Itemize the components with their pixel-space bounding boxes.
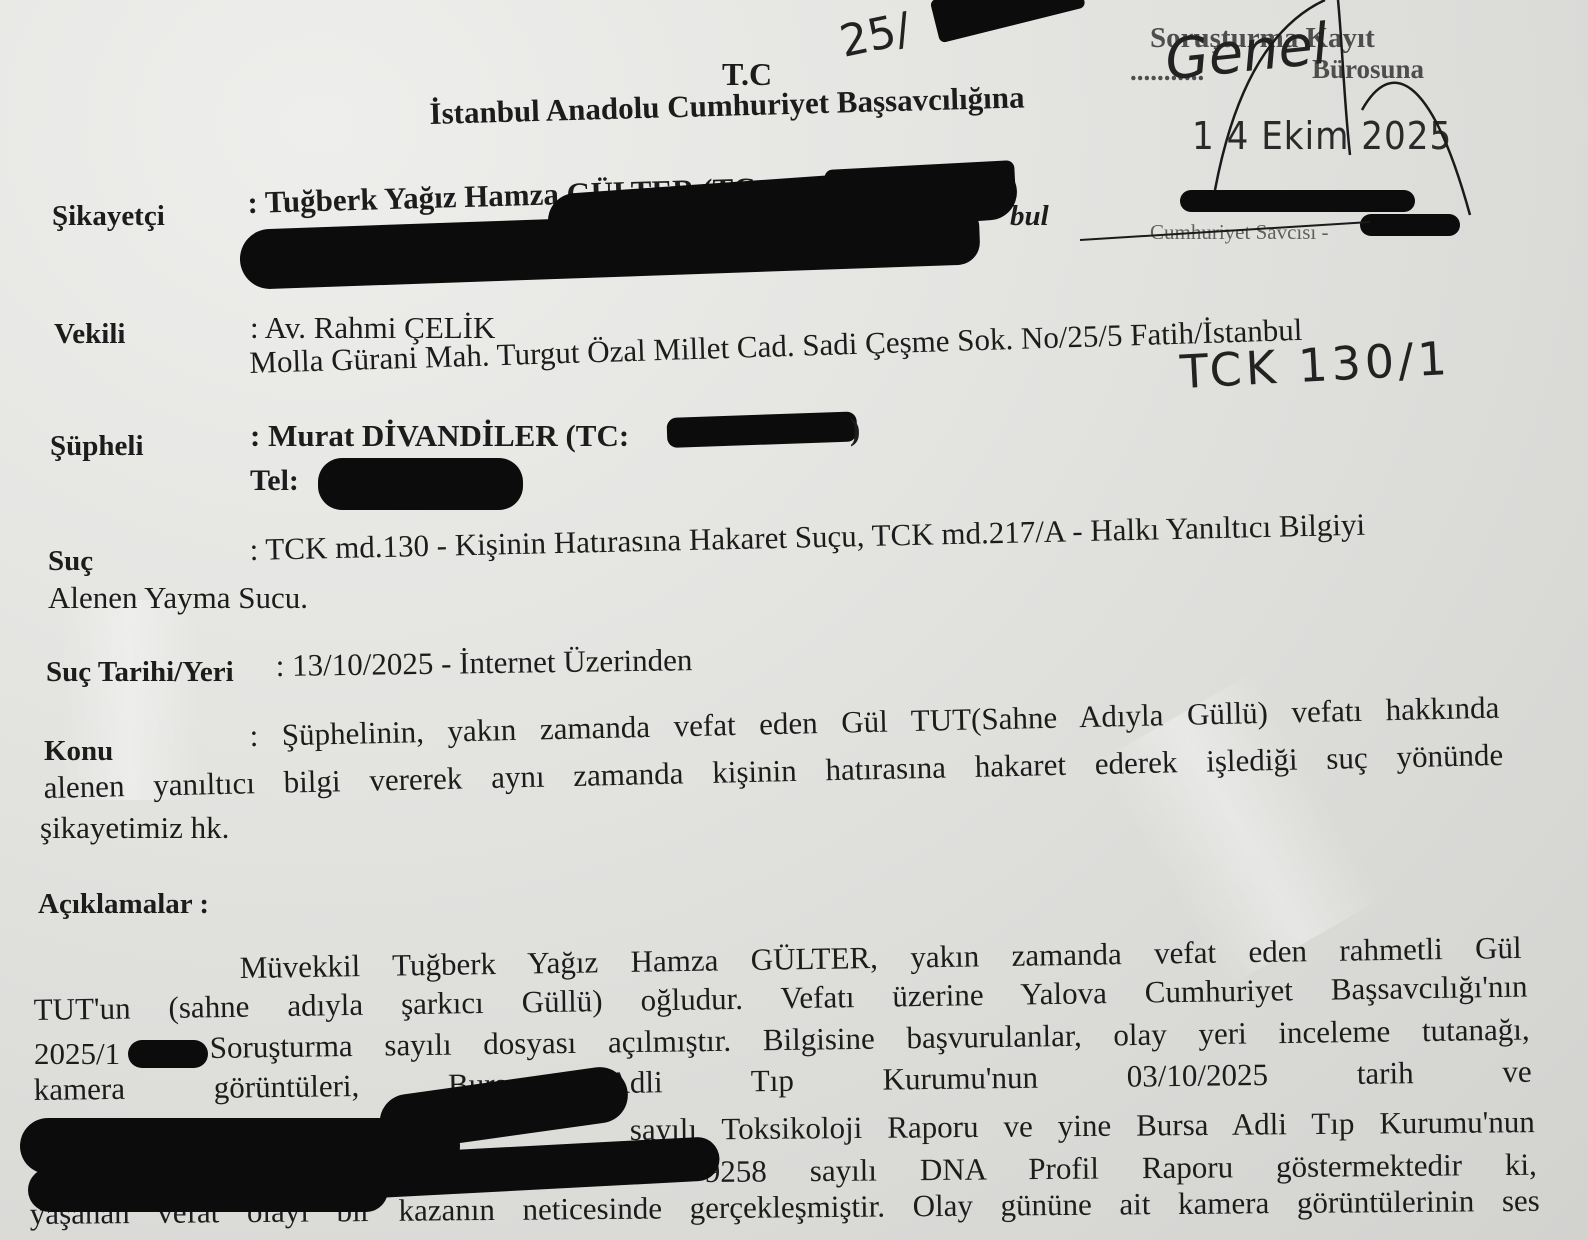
- redaction-mark: [930, 0, 1086, 43]
- label-complainant: Şikayetçi: [52, 200, 165, 233]
- explanation-line-3-prefix: 2025/1: [34, 1036, 120, 1072]
- redaction-mark: [128, 1040, 208, 1068]
- handwritten-file-number: 25/: [835, 3, 915, 68]
- redaction-mark: [318, 458, 523, 510]
- label-subject: Konu: [44, 735, 113, 768]
- label-explanations: Açıklamalar :: [38, 888, 209, 921]
- redaction-mark: [666, 411, 857, 448]
- suspect-value: : Murat DİVANDİLER (TC:: [250, 418, 629, 454]
- explanation-line-5: sayılı Toksikoloji Raporu ve yine Bursa …: [630, 1104, 1535, 1148]
- complainant-address-tail: bul: [1010, 200, 1049, 233]
- crime-value-line-1: : TCK md.130 - Kişinin Hatırasına Hakare…: [249, 507, 1365, 568]
- signature-scribble: [1070, 0, 1490, 250]
- crime-date-place-value: : 13/10/2025 - İnternet Üzerinden: [275, 642, 692, 684]
- label-attorney: Vekili: [54, 318, 125, 351]
- scanned-document-page: T.C İstanbul Anadolu Cumhuriyet Başsavcı…: [0, 0, 1588, 1240]
- suspect-tel-label: Tel:: [250, 464, 299, 498]
- subject-value-line-3: şikayetimiz hk.: [40, 810, 229, 846]
- header-prosecutor-office: İstanbul Anadolu Cumhuriyet Başsavcılığı…: [429, 79, 1025, 132]
- label-suspect: Şüpheli: [50, 430, 144, 463]
- suspect-value-close: ): [850, 412, 860, 448]
- label-crime: Suç: [48, 545, 93, 578]
- label-crime-date-place: Suç Tarihi/Yeri: [46, 656, 234, 689]
- crime-value-line-2: Alenen Yayma Sucu.: [48, 580, 308, 616]
